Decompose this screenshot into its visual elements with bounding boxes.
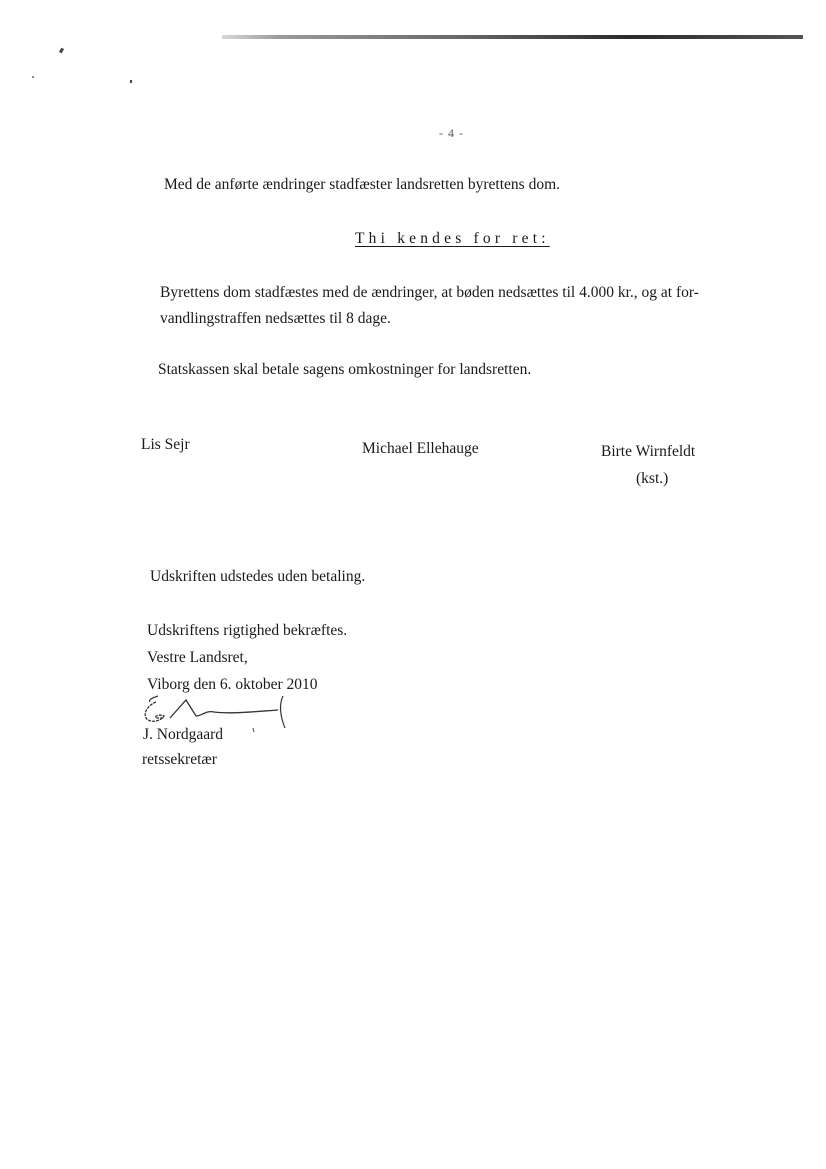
page-number: - 4 -: [439, 126, 464, 141]
judge-name-2: Michael Ellehauge: [362, 441, 479, 457]
signer-title: retssekretær: [142, 752, 217, 768]
signer-name: J. Nordgaard: [143, 727, 223, 743]
scan-border-line: [222, 35, 803, 39]
certification-line: Udskriftens rigtighed bekræftes.: [147, 623, 347, 639]
verdict-line-2: vandlingstraffen nedsættes til 8 dage.: [160, 311, 391, 327]
fee-note: Udskriften udstedes uden betaling.: [150, 569, 365, 585]
verdict-line-1: Byrettens dom stadfæstes med de ændringe…: [160, 285, 699, 301]
intro-paragraph: Med de anførte ændringer stadfæster land…: [164, 177, 560, 193]
scan-speck: [32, 76, 34, 78]
court-name: Vestre Landsret,: [147, 650, 248, 666]
place-date: Viborg den 6. oktober 2010: [147, 677, 318, 693]
costs-paragraph: Statskassen skal betale sagens omkostnin…: [158, 362, 531, 378]
scan-speck: [59, 48, 64, 54]
judge-note-3: (kst.): [636, 471, 668, 487]
scan-speck: [130, 80, 132, 83]
judge-name-3: Birte Wirnfeldt: [601, 444, 695, 460]
judge-name-1: Lis Sejr: [141, 437, 190, 453]
verdict-heading: Thi kendes for ret:: [355, 231, 550, 247]
